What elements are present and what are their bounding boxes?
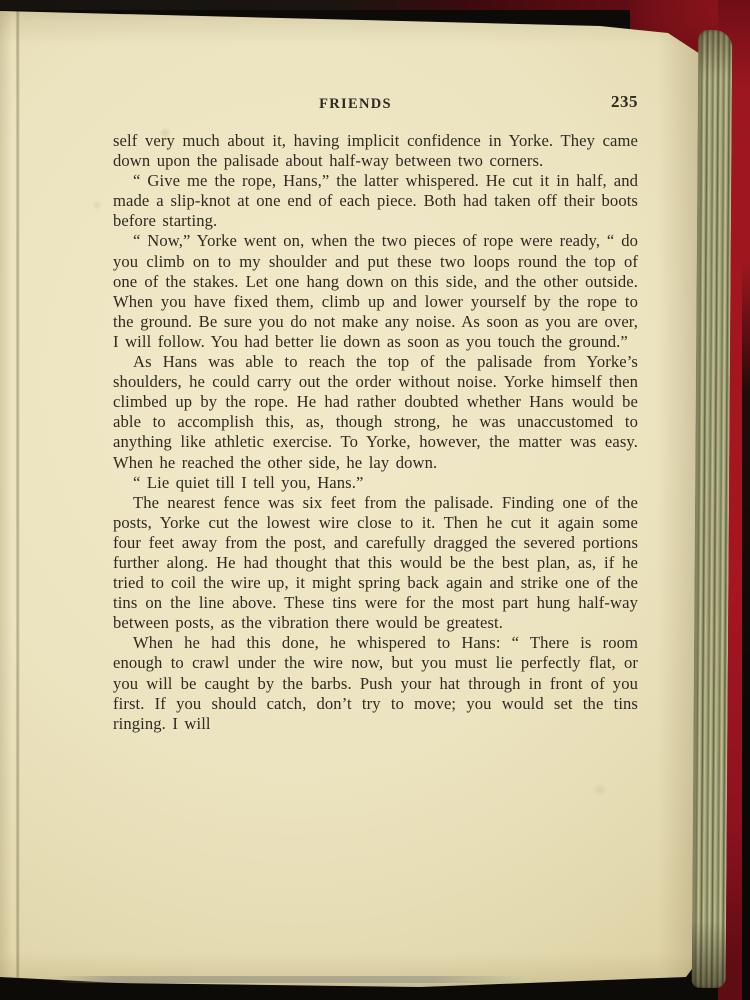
paragraph: As Hans was able to reach the top of the… [113,352,638,473]
paragraph: When he had this done, he whispered to H… [113,633,638,733]
page-number: 235 [611,92,638,112]
page-content: FRIENDS 235 self very much about it, hav… [113,92,638,734]
running-title: FRIENDS [319,96,392,113]
book-photo: FRIENDS 235 self very much about it, hav… [0,0,750,1000]
page-header: FRIENDS 235 [113,92,638,116]
paragraph: “ Now,” Yorke went on, when the two piec… [113,231,638,352]
page-body: self very much about it, having implicit… [113,131,638,734]
paragraph: “ Lie quiet till I tell you, Hans.” [113,473,638,493]
photo-dark-edge [742,260,750,1000]
paragraph: self very much about it, having implicit… [113,131,638,171]
paragraph: “ Give me the rope, Hans,” the latter wh… [113,171,638,231]
floor-highlight [55,976,525,983]
paragraph: The nearest fence was six feet from the … [113,493,638,634]
book-page: FRIENDS 235 self very much about it, hav… [0,0,700,1000]
page-edge-stack [692,30,733,988]
